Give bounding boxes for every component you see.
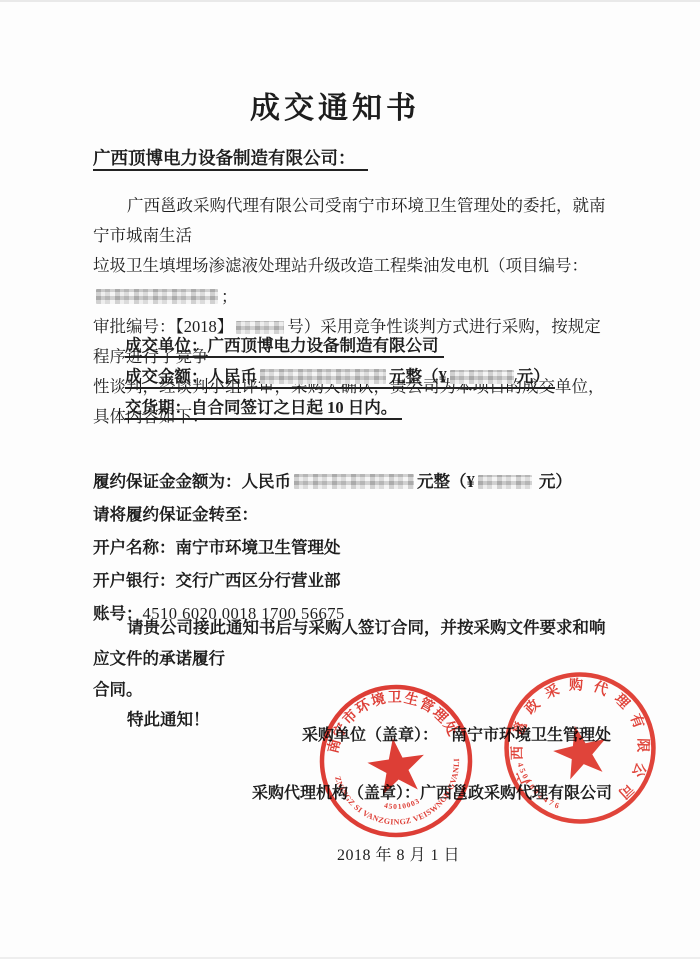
redacted-award-amount-words [260,369,386,384]
addressee-line: 广西顶博电力设备制造有限公司： [93,145,368,170]
intro-line-2-text: 垃圾卫生填埋场渗滤液处理站升级改造工程柴油发电机（项目编号： [93,256,588,275]
deposit-section: 履约保证金金额为：人民币元整（¥ 元） 请将履约保证金转至： 开户名称：南宁市环… [93,466,572,631]
agency-official-stamp: 广西邕政采购代理有限公司 4501002476 [480,648,679,847]
redacted-award-amount-figures [450,370,514,384]
deposit-amount-tail: 元） [535,472,572,491]
delivery-line: 交货期：自合同签订之日起 10 日内。 [125,392,555,423]
delivery-term: 交货期：自合同签订之日起 10 日内。 [125,398,402,420]
deposit-amount-label: 履约保证金金额为：人民币 [93,472,291,491]
award-amount-tail: 元） [517,367,550,386]
award-amount: 成交金额：人民币元整（¥元） [125,367,555,389]
document-title: 成交通知书 [0,83,670,127]
intro-line-1: 广西邕政采购代理有限公司受南宁市环境卫生管理处的委托，就南宁市城南生活 [93,191,610,251]
award-unit-line: 成交单位：广西顶博电力设备制造有限公司 [125,330,555,361]
svg-text:南宁市环境卫生管理处: 南宁市环境卫生管理处 [317,680,463,758]
scan-edge-top [0,0,700,2]
redacted-deposit-amount-words [294,474,414,489]
award-unit: 成交单位：广西顶博电力设备制造有限公司 [125,336,444,358]
intro-line-2: 垃圾卫生填埋场渗滤液处理站升级改造工程柴油发电机（项目编号：； [93,251,610,311]
purchaser-official-stamp: 南宁市环境卫生管理处 NANZNINGZ SI VANZGINGZ VEISWN… [300,665,492,857]
addressee-company: 广西顶博电力设备制造有限公司： [93,148,368,171]
stamp-star-icon [365,734,429,796]
account-name-line: 开户名称：南宁市环境卫生管理处 [93,532,572,565]
redacted-deposit-amount-figures [478,475,532,489]
stamp-star-icon [549,720,613,782]
deposit-amount-mid: 元整（¥ [417,472,475,491]
svg-text:NANZNINGZ SI VANZGINGZ VEISWNG: NANZNINGZ SI VANZGINGZ VEISWNGH GVANLIJC… [300,665,469,838]
scanned-notice-document: 成交通知书 广西顶博电力设备制造有限公司： 广西邕政采购代理有限公司受南宁市环境… [0,0,700,959]
redacted-project-number [96,289,218,304]
deposit-amount-line: 履约保证金金额为：人民币元整（¥ 元） [93,466,572,499]
intro-line-2-tail: ； [221,287,238,306]
award-details: 成交单位：广西顶博电力设备制造有限公司 成交金额：人民币元整（¥元） 交货期：自… [125,330,555,424]
stamp-org-name: 南宁市环境卫生管理处 [317,680,463,758]
closing-line-1: 请贵公司接此通知书后与采购人签订合同，并按采购文件要求和响应文件的承诺履行 [93,613,610,675]
stamp-romanized-name: NANZNINGZ SI VANZGINGZ VEISWNGH GVANLIJC… [300,665,469,838]
stamp-code: 45010003 [382,796,422,814]
award-amount-line: 成交金额：人民币元整（¥元） [125,361,555,392]
award-amount-mid: 元整（¥ [389,367,447,386]
award-amount-label: 成交金额：人民币 [125,367,257,386]
svg-text:45010003: 45010003 [382,796,422,814]
bank-line: 开户银行：交行广西区分行营业部 [93,565,572,598]
deposit-transfer-note: 请将履约保证金转至： [93,499,572,532]
